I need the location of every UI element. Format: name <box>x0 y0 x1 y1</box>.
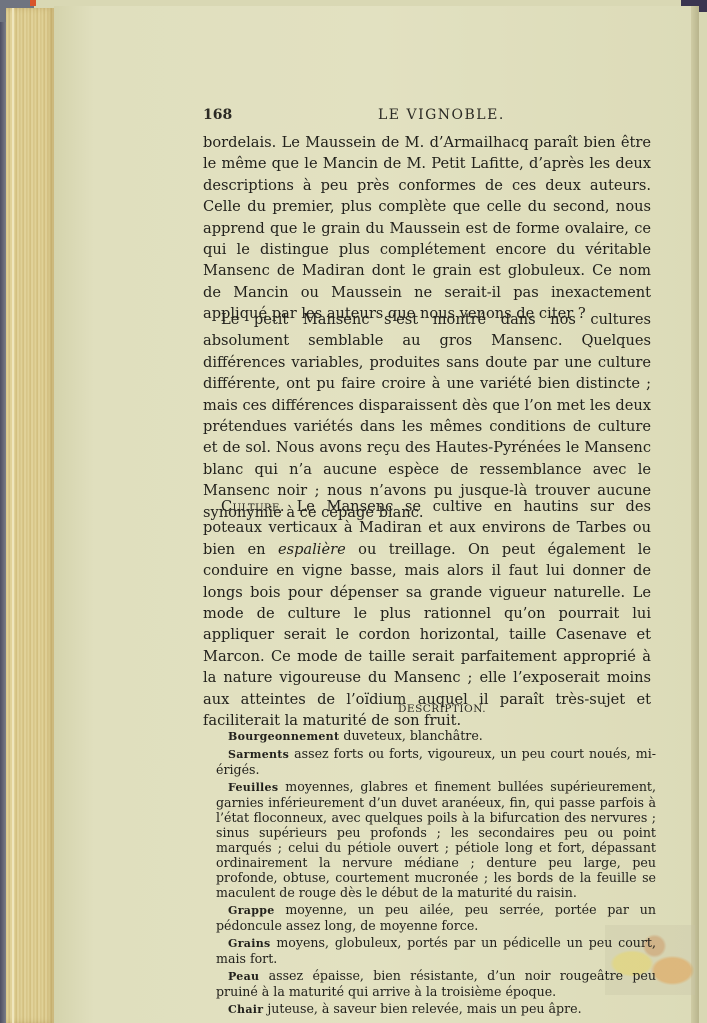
description-term: Sarments <box>228 748 289 761</box>
section-lead-culture: Culture. <box>221 498 285 515</box>
description-entry: Bourgeonnement duveteux, blanchâtre. <box>216 728 656 744</box>
description-term: Grains <box>228 937 271 950</box>
book-page-edges <box>6 8 54 1023</box>
description-text: moyenne, un peu ailée, peu serrée, porté… <box>216 902 656 933</box>
description-entry: Peau assez épaisse, bien résistante, d’u… <box>216 968 656 999</box>
description-term: Bourgeonnement <box>228 730 339 743</box>
italic-term: espalière <box>278 541 346 558</box>
paragraph-2: Le petit Mansenc s’est montré dans nos c… <box>203 309 651 523</box>
paragraph-text: bordelais. Le Maussein de M. d’Armailhac… <box>203 132 651 325</box>
description-term: Grappe <box>228 904 275 917</box>
page-number: 168 <box>203 107 232 123</box>
page-gutter-shadow <box>691 6 699 1023</box>
paragraph-culture: Culture. Le Mansenc se cultive en hautin… <box>203 496 651 731</box>
description-entry: Feuilles moyennes, glabres et finement b… <box>216 779 656 900</box>
running-head: 168 LE VIGNOBLE. <box>203 107 653 127</box>
paragraph-1: bordelais. Le Maussein de M. d’Armailhac… <box>203 132 651 325</box>
description-text: assez épaisse, bien résistante, d’un noi… <box>216 968 656 999</box>
description-heading: DESCRIPTION. <box>398 703 486 715</box>
description-text: duveteux, blanchâtre. <box>339 728 482 743</box>
description-entry: Sarments assez forts ou forts, vigoureux… <box>216 746 656 777</box>
description-list: Bourgeonnement duveteux, blanchâtre. Sar… <box>216 728 656 1019</box>
text-span: ou treillage. On peut également le condu… <box>203 541 651 729</box>
description-text: moyennes, glabres et finement bullées su… <box>216 779 656 900</box>
running-title: LE VIGNOBLE. <box>378 107 505 123</box>
description-entry: Chair juteuse, à saveur bien relevée, ma… <box>216 1001 656 1017</box>
description-term: Chair <box>228 1003 263 1016</box>
description-text: juteuse, à saveur bien relevée, mais un … <box>263 1001 581 1016</box>
scan-artifact <box>30 0 36 6</box>
paragraph-text: Culture. Le Mansenc se cultive en hautin… <box>203 496 651 731</box>
paragraph-text: Le petit Mansenc s’est montré dans nos c… <box>203 309 651 523</box>
description-text: moyens, globuleux, portés par un pédicel… <box>216 935 656 966</box>
description-term: Feuilles <box>228 781 278 794</box>
description-term: Peau <box>228 970 259 983</box>
description-entry: Grappe moyenne, un peu ailée, peu serrée… <box>216 902 656 933</box>
description-entry: Grains moyens, globuleux, portés par un … <box>216 935 656 966</box>
